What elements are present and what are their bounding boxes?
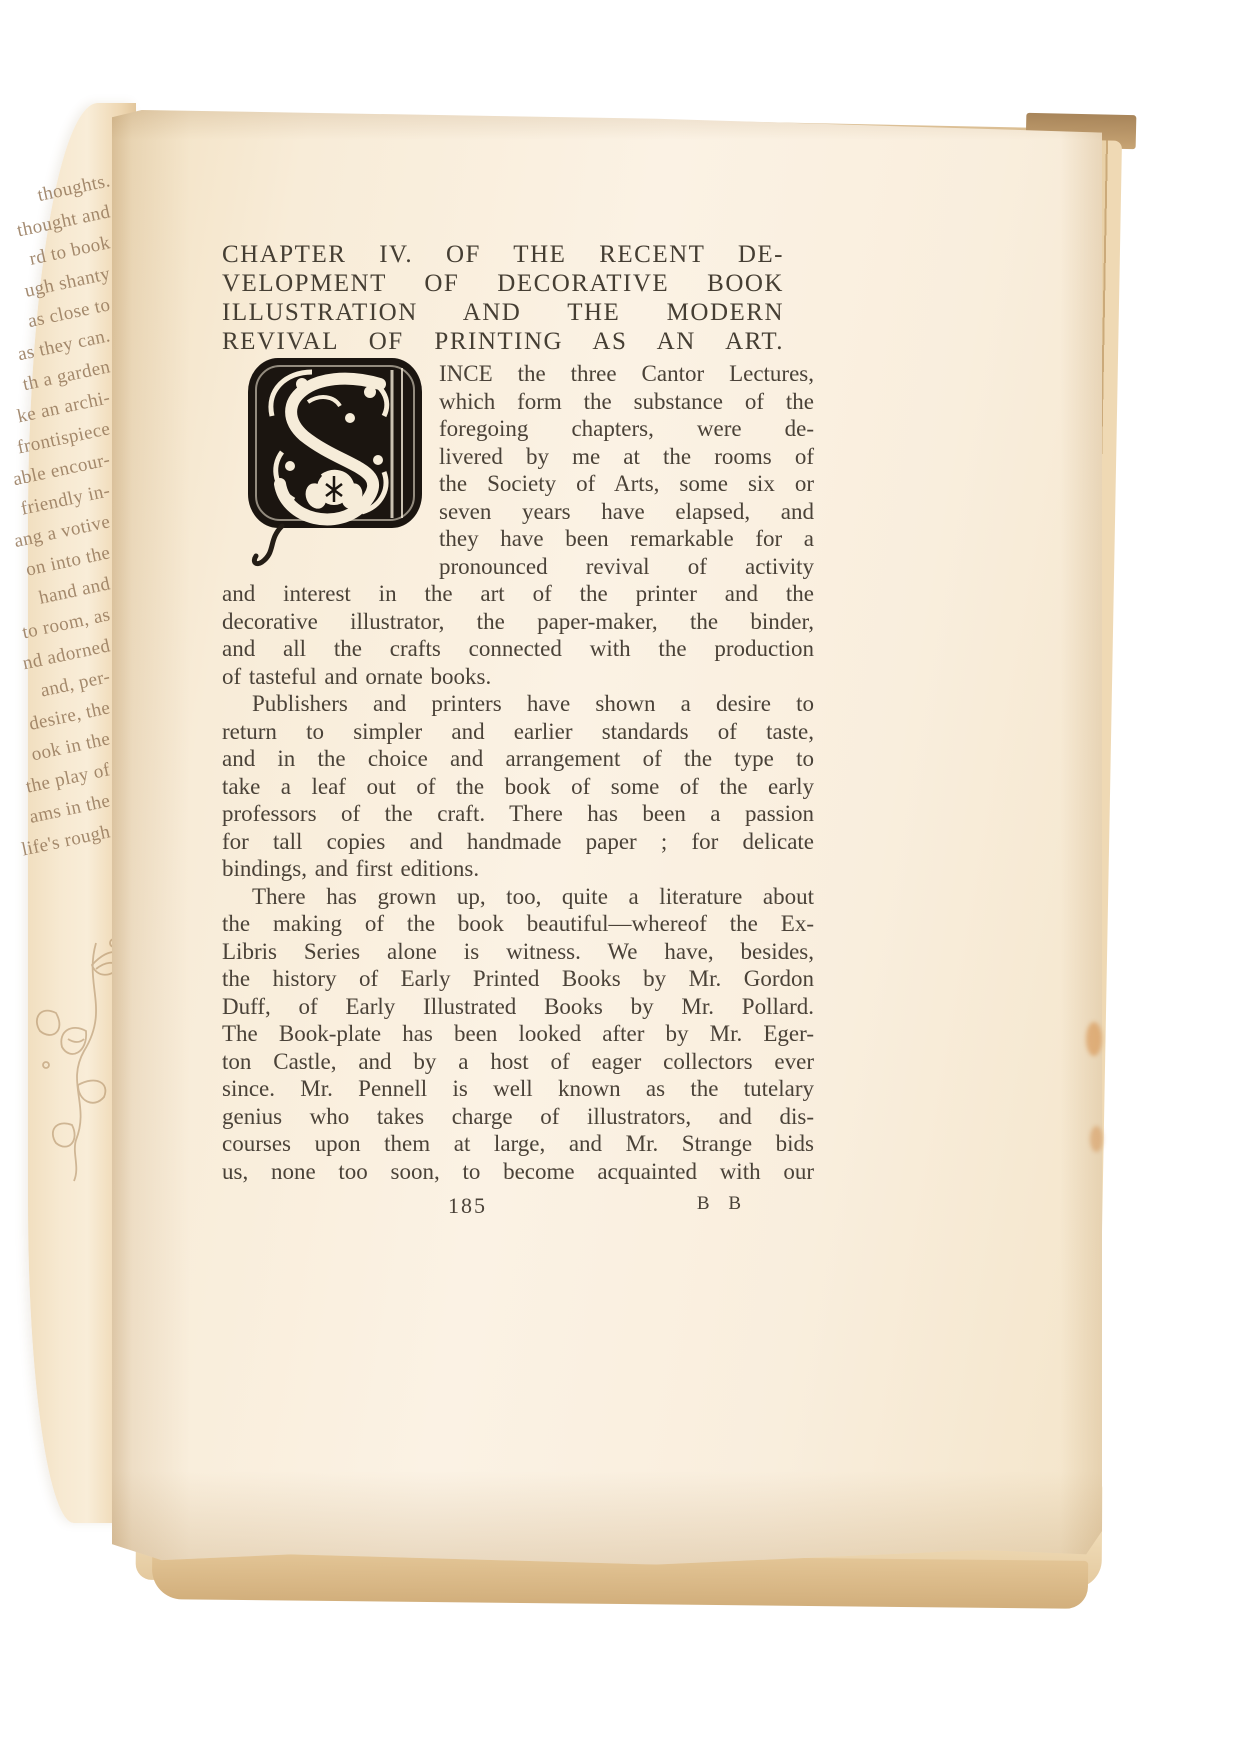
body-line: Publishers and printers have shown a des…	[222, 690, 814, 718]
body-line: since. Mr. Pennell is well known as the …	[222, 1075, 814, 1103]
left-page-text-column: thoughts. thought and rd to book ugh sha…	[6, 165, 110, 847]
signature-mark: B B	[697, 1193, 748, 1215]
body-line: courses upon them at large, and Mr. Stra…	[222, 1130, 814, 1158]
main-page: CHAPTER IV. OF THE RECENT DE- VELOPMENT …	[112, 110, 1102, 1566]
body-line: There has grown up, too, quite a literat…	[222, 883, 814, 911]
body-line: ton Castle, and by a host of eager colle…	[222, 1048, 814, 1076]
body-line: Duff, of Early Illustrated Books by Mr. …	[222, 993, 814, 1021]
body-text: INCE the three Cantor Lectures, which fo…	[222, 360, 814, 1185]
body-line: The Book-plate has been looked after by …	[222, 1020, 814, 1048]
body-line: return to simpler and earlier standards …	[222, 718, 814, 746]
body-line: professors of the craft. There has been …	[222, 800, 814, 828]
body-line: the history of Early Printed Books by Mr…	[222, 965, 814, 993]
body-line: Libris Series alone is witness. We have,…	[222, 938, 814, 966]
body-line: take a leaf out of the book of some of t…	[222, 773, 814, 801]
chapter-heading: CHAPTER IV. OF THE RECENT DE- VELOPMENT …	[222, 240, 784, 356]
body-line: for tall copies and handmade paper ; for…	[222, 828, 814, 856]
body-line: bindings, and first editions.	[222, 855, 814, 883]
body-line: and in the choice and arrangement of the…	[222, 745, 814, 773]
ornate-initial-s-woodcut	[242, 356, 427, 568]
body-line: decorative illustrator, the paper-maker,…	[222, 608, 814, 636]
body-line: the making of the book beautiful—whereof…	[222, 910, 814, 938]
body-line: of tasteful and ornate books.	[222, 663, 814, 691]
body-line: and all the crafts connected with the pr…	[222, 635, 814, 663]
heading-line: REVIVAL OF PRINTING AS AN ART.	[222, 327, 784, 356]
page-footer: 185 B B	[222, 1193, 814, 1223]
heading-line: CHAPTER IV. OF THE RECENT DE-	[222, 240, 784, 269]
heading-line: VELOPMENT OF DECORATIVE BOOK	[222, 269, 784, 298]
page-content: CHAPTER IV. OF THE RECENT DE- VELOPMENT …	[222, 240, 814, 1223]
body-line: us, none too soon, to become acquainted …	[222, 1158, 814, 1186]
foxing-spot	[1090, 1126, 1103, 1152]
book-photograph: thoughts. thought and rd to book ugh sha…	[0, 0, 1248, 1748]
body-line: and interest in the art of the printer a…	[222, 580, 814, 608]
page-number: 185	[448, 1193, 487, 1219]
heading-line: ILLUSTRATION AND THE MODERN	[222, 298, 784, 327]
foxing-spot	[1086, 1022, 1102, 1056]
body-line: genius who takes charge of illustrators,…	[222, 1103, 814, 1131]
